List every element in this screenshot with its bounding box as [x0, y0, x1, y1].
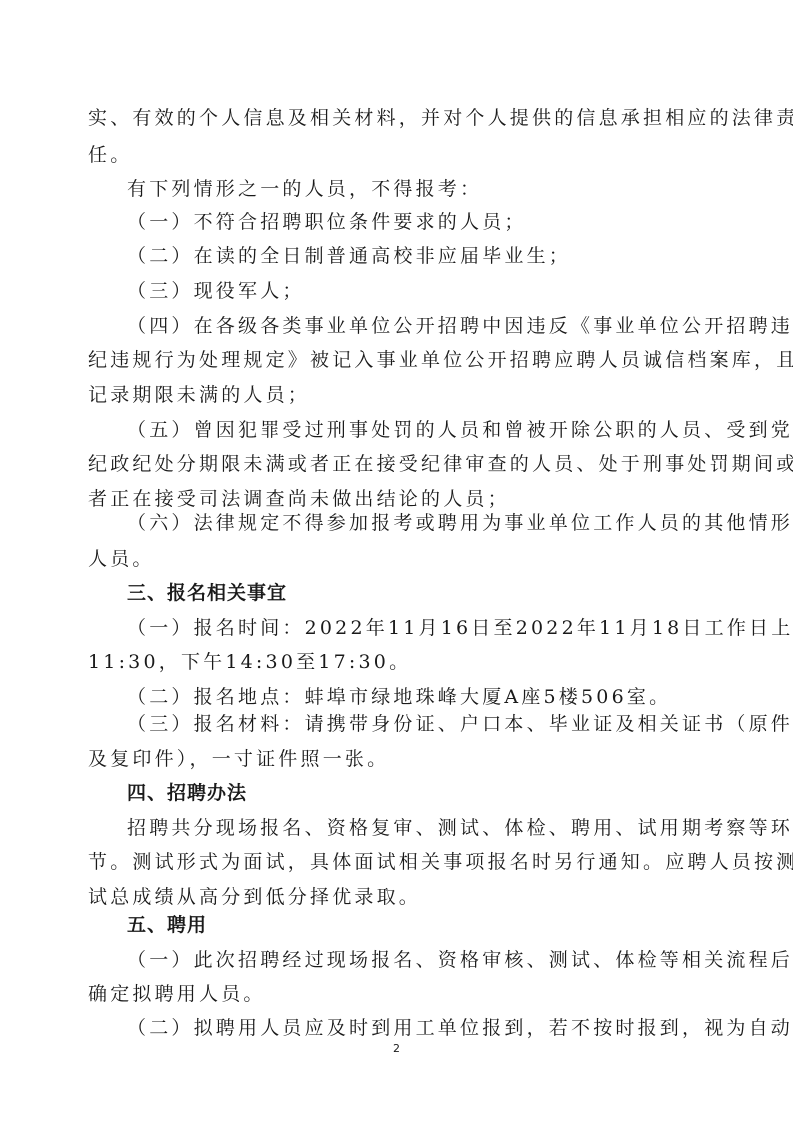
text-line: 纪违规行为处理规定》被记入事业单位公开招聘应聘人员诚信档案库，且	[88, 349, 793, 371]
text-line: 纪政纪处分期限未满或者正在接受纪律审查的人员、处于刑事处罚期间或	[88, 453, 793, 475]
text-line: （三）报名材料：请携带身份证、户口本、毕业证及相关证书（原件	[127, 713, 793, 735]
text-line: 节。测试形式为面试，具体面试相关事项报名时另行通知。应聘人员按测	[88, 851, 793, 873]
page-number: 2	[0, 1042, 793, 1055]
text-line: 任。	[88, 144, 132, 166]
text-line: （四）在各级各类事业单位公开招聘中因违反《事业单位公开招聘违	[127, 315, 793, 337]
text-line: （一）不符合招聘职位条件要求的人员；	[127, 211, 527, 233]
text-line: （三）现役军人；	[127, 280, 305, 302]
text-line: （六）法律规定不得参加报考或聘用为事业单位工作人员的其他情形	[127, 512, 793, 534]
text-line: （二）在读的全日制普通高校非应届毕业生；	[127, 245, 571, 267]
text-line: 人员。	[88, 548, 155, 570]
text-line: 记录期限未满的人员；	[88, 384, 310, 406]
document-page: 实、有效的个人信息及相关材料，并对个人提供的信息承担相应的法律责任。有下列情形之…	[0, 0, 793, 1122]
text-line: （五）曾因犯罪受过刑事处罚的人员和曾被开除公职的人员、受到党	[127, 419, 793, 441]
text-line: 及复印件），一寸证件照一张。	[88, 748, 389, 770]
section-heading: 四、招聘办法	[127, 782, 247, 804]
text-line: 11:30，下午14:30至17:30。	[88, 651, 411, 673]
section-heading: 三、报名相关事宜	[127, 582, 287, 604]
text-line: （一）此次招聘经过现场报名、资格审核、测试、体检等相关流程后，	[127, 949, 793, 971]
text-line: （二）报名地点：蚌埠市绿地珠峰大厦A座5楼506室。	[127, 686, 671, 708]
text-line: 试总成绩从高分到低分择优录取。	[88, 886, 421, 908]
text-line: 有下列情形之一的人员，不得报考：	[127, 178, 482, 200]
text-line: 确定拟聘用人员。	[88, 983, 266, 1005]
text-line: 者正在接受司法调查尚未做出结论的人员；	[88, 488, 510, 510]
text-line: 实、有效的个人信息及相关材料，并对个人提供的信息承担相应的法律责	[88, 107, 793, 129]
text-line: （一）报名时间：2022年11月16日至2022年11月18日工作日上午9:00…	[127, 617, 793, 639]
text-line: （二）拟聘用人员应及时到用工单位报到，若不按时报到，视为自动	[127, 1017, 793, 1039]
text-line: 招聘共分现场报名、资格复审、测试、体检、聘用、试用期考察等环	[127, 817, 793, 839]
section-heading: 五、聘用	[127, 914, 207, 936]
